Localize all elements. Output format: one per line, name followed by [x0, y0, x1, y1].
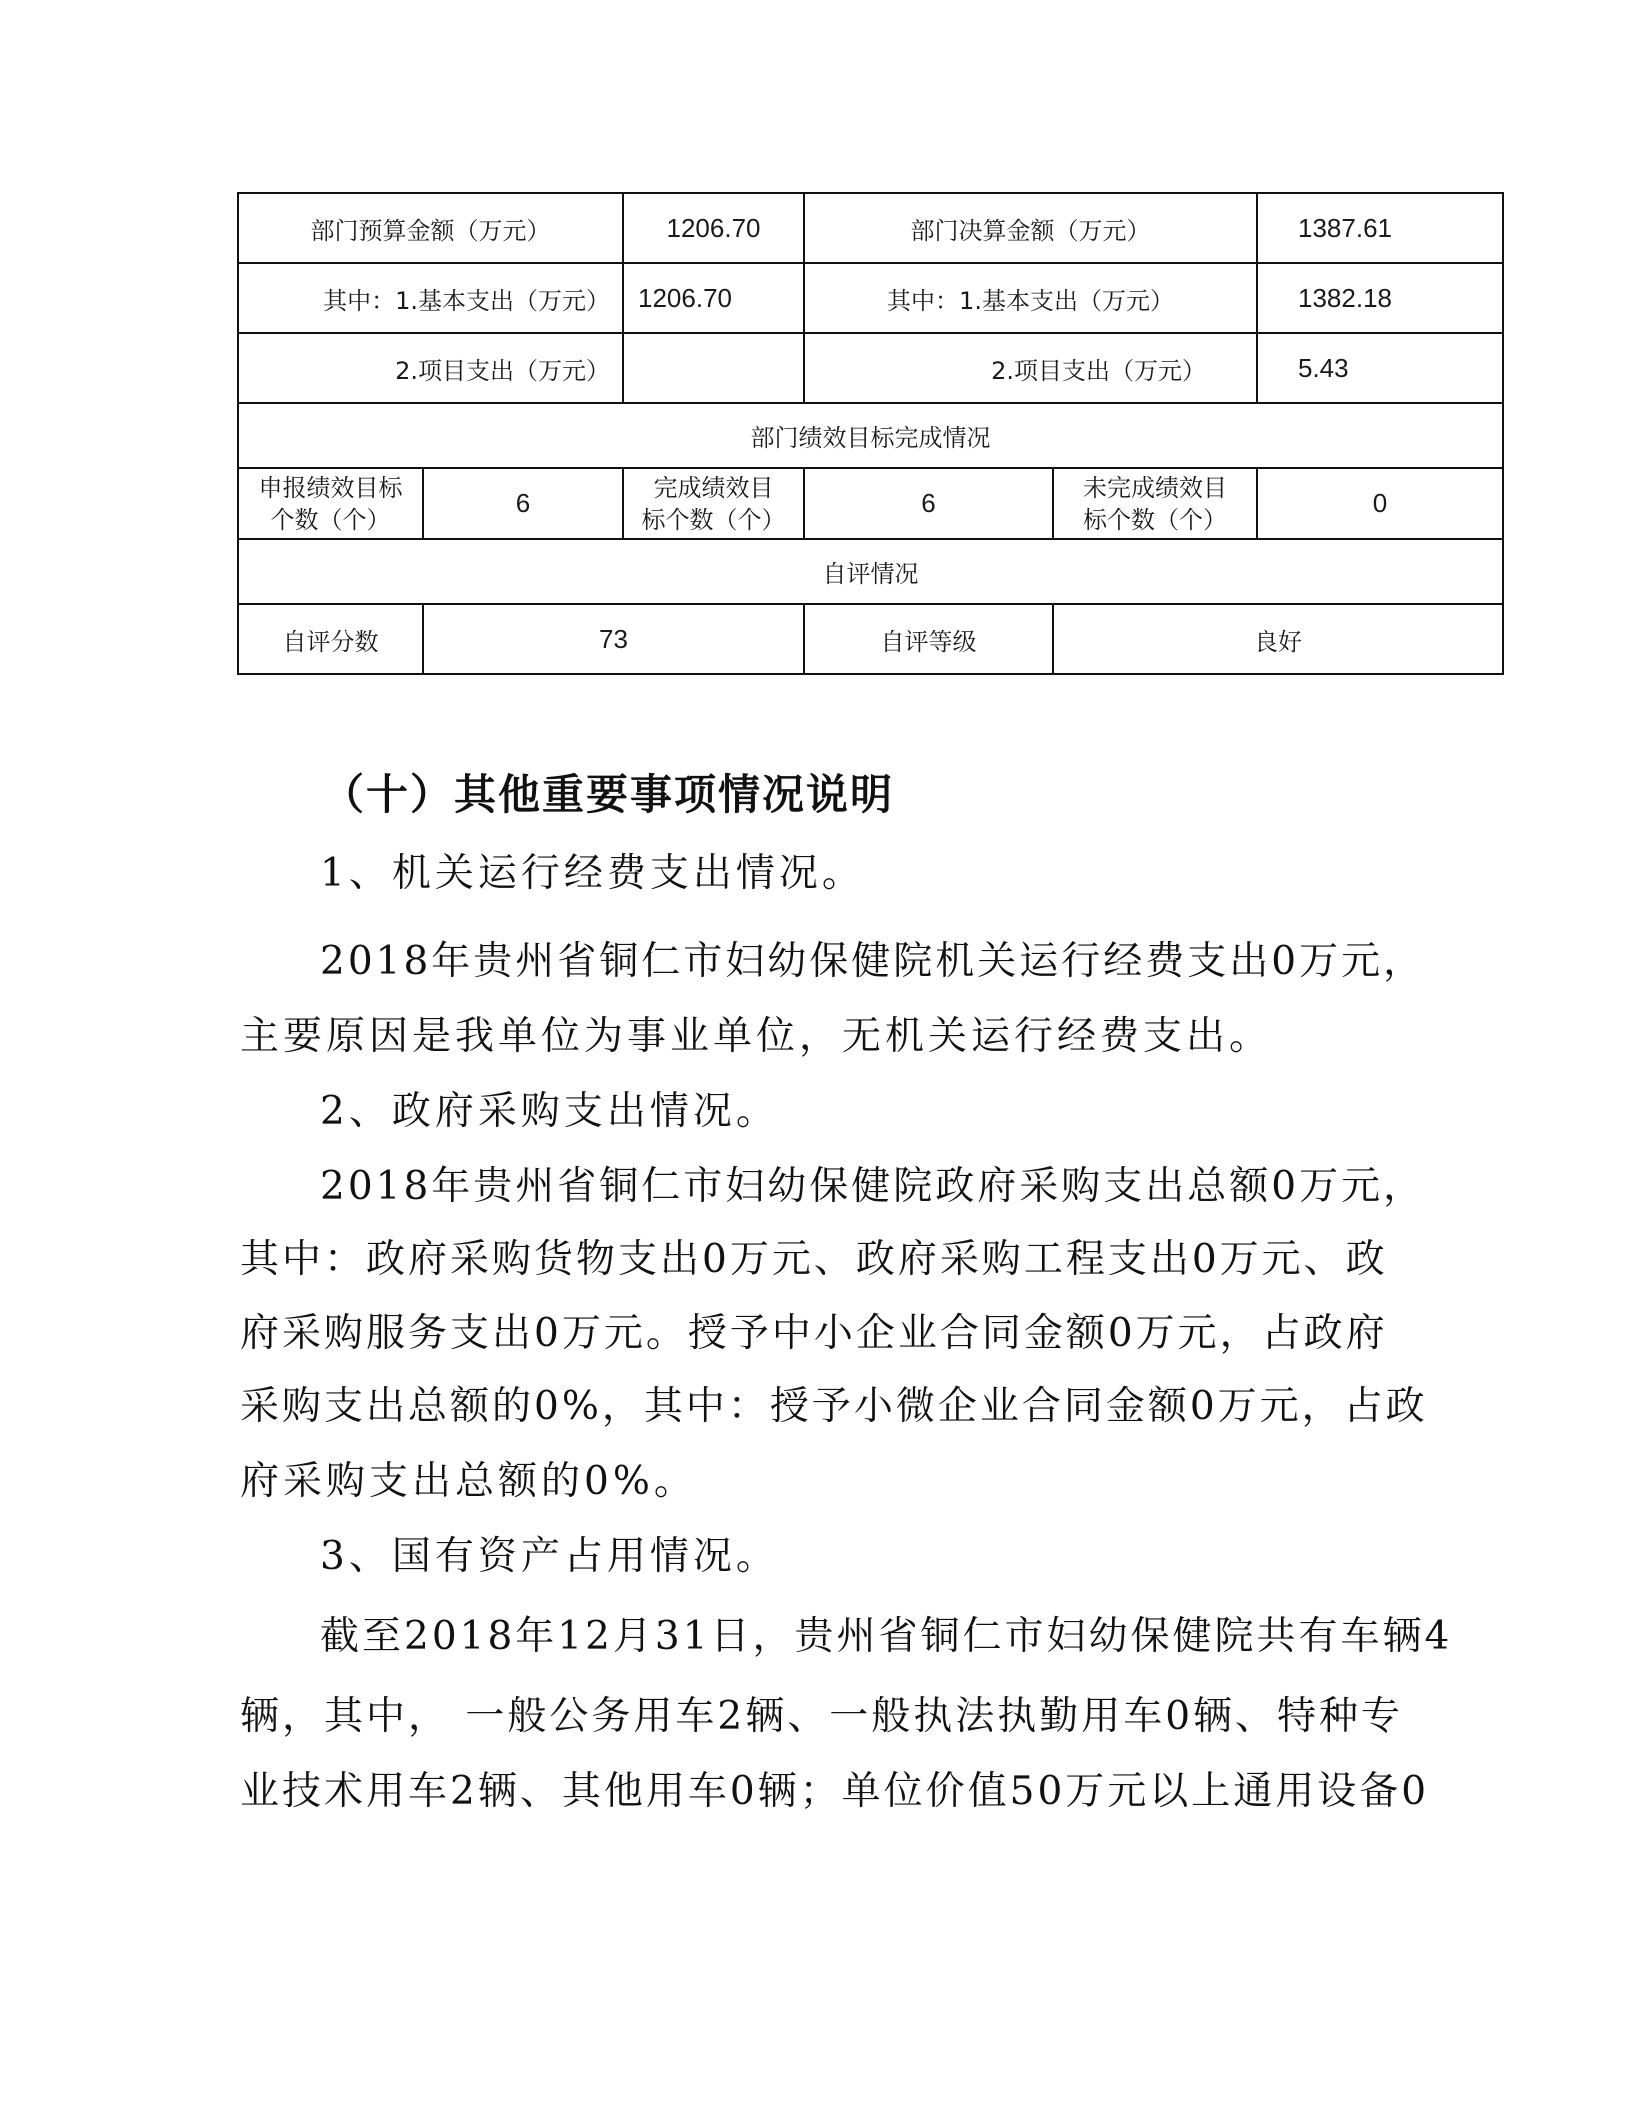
final-basic-label: 其中：1.基本支出（万元）	[803, 262, 1258, 334]
budget-basic-value: 1206.70	[622, 262, 805, 334]
final-amount-value: 1387.61	[1256, 192, 1504, 264]
final-amount-label-text: 部门决算金额（万元）	[911, 211, 1151, 246]
performance-section-header: 部门绩效目标完成情况	[237, 402, 1504, 469]
final-project-label: 2.项目支出（万元）	[803, 332, 1258, 404]
paragraph-line: 府采购支出总额的0%。	[240, 1450, 1390, 1506]
budget-amount-value-text: 1206.70	[667, 213, 761, 244]
budget-project-label: 2.项目支出（万元）	[237, 332, 624, 404]
paragraph-line: 其中：政府采购货物支出0万元、政府采购工程支出0万元、政	[240, 1228, 1390, 1284]
budget-amount-value: 1206.70	[622, 192, 805, 264]
paragraph-line: 截至2018年12月31日，贵州省铜仁市妇幼保健院共有车辆4	[320, 1605, 1470, 1661]
final-project-value-text: 5.43	[1298, 353, 1349, 384]
self-eval-score-value-text: 73	[599, 624, 628, 655]
budget-amount-label: 部门预算金额（万元）	[237, 192, 624, 264]
paragraph-line: 业技术用车2辆、其他用车0辆；单位价值50万元以上通用设备0	[240, 1760, 1390, 1816]
paragraph-line: 主要原因是我单位为事业单位，无机关运行经费支出。	[240, 1005, 1390, 1061]
final-basic-value-text: 1382.18	[1298, 283, 1392, 314]
final-project-value: 5.43	[1256, 332, 1504, 404]
final-basic-value: 1382.18	[1256, 262, 1504, 334]
final-amount-label: 部门决算金额（万元）	[803, 192, 1258, 264]
budget-project-value	[622, 332, 805, 404]
section-heading: （十）其他重要事项情况说明	[322, 762, 894, 822]
subheading-government-procurement: 2、政府采购支出情况。	[320, 1080, 1470, 1136]
self-eval-grade-value: 良好	[1052, 603, 1504, 675]
self-eval-score-label: 自评分数	[237, 603, 424, 675]
uncompleted-goals-value: 0	[1256, 467, 1504, 540]
completed-goals-label-line1: 完成绩效目	[642, 472, 786, 504]
declared-goals-label-line2: 个数（个）	[259, 504, 403, 536]
completed-goals-value: 6	[803, 467, 1054, 540]
declared-goals-label-line1: 申报绩效目标	[259, 472, 403, 504]
self-eval-score-value: 73	[422, 603, 805, 675]
completed-goals-value-text: 6	[921, 488, 935, 519]
self-eval-section-header: 自评情况	[237, 538, 1504, 605]
budget-amount-label-text: 部门预算金额（万元）	[311, 211, 551, 246]
subheading-state-assets: 3、国有资产占用情况。	[320, 1525, 1470, 1581]
paragraph-line: 2018年贵州省铜仁市妇幼保健院政府采购支出总额0万元，	[320, 1155, 1470, 1211]
budget-project-label-text: 2.项目支出（万元）	[395, 351, 610, 386]
paragraph-line: 府采购服务支出0万元。授予中小企业合同金额0万元，占政府	[240, 1302, 1390, 1358]
self-eval-score-label-text: 自评分数	[283, 622, 379, 657]
final-amount-value-text: 1387.61	[1298, 213, 1392, 244]
uncompleted-goals-label-line1: 未完成绩效目	[1083, 472, 1227, 504]
completed-goals-label-line2: 标个数（个）	[642, 504, 786, 536]
uncompleted-goals-label: 未完成绩效目标个数（个）	[1052, 467, 1258, 540]
self-eval-grade-label: 自评等级	[803, 603, 1054, 675]
completed-goals-label: 完成绩效目标个数（个）	[622, 467, 805, 540]
self-eval-grade-value-text: 良好	[1254, 622, 1302, 657]
budget-basic-value-text: 1206.70	[638, 283, 732, 314]
budget-basic-label-text: 其中：1.基本支出（万元）	[323, 281, 610, 316]
declared-goals-value-text: 6	[516, 488, 530, 519]
document-page: 部门预算金额（万元） 1206.70 部门决算金额（万元） 1387.61 其中…	[0, 0, 1632, 2112]
paragraph-line: 辆，其中， 一般公务用车2辆、一般执法执勤用车0辆、特种专	[240, 1685, 1390, 1741]
subheading-operating-expenses: 1、机关运行经费支出情况。	[320, 842, 1470, 898]
declared-goals-value: 6	[422, 467, 624, 540]
self-eval-grade-label-text: 自评等级	[881, 622, 977, 657]
final-basic-label-text: 其中：1.基本支出（万元）	[887, 281, 1174, 316]
final-project-label-text: 2.项目支出（万元）	[991, 351, 1206, 386]
self-eval-section-header-text: 自评情况	[823, 554, 919, 589]
performance-section-header-text: 部门绩效目标完成情况	[751, 418, 991, 453]
declared-goals-label: 申报绩效目标个数（个）	[237, 467, 424, 540]
uncompleted-goals-value-text: 0	[1373, 488, 1387, 519]
paragraph-line: 采购支出总额的0%，其中：授予小微企业合同金额0万元，占政	[240, 1375, 1390, 1431]
paragraph-line: 2018年贵州省铜仁市妇幼保健院机关运行经费支出0万元，	[320, 930, 1470, 986]
budget-basic-label: 其中：1.基本支出（万元）	[237, 262, 624, 334]
uncompleted-goals-label-line2: 标个数（个）	[1083, 504, 1227, 536]
